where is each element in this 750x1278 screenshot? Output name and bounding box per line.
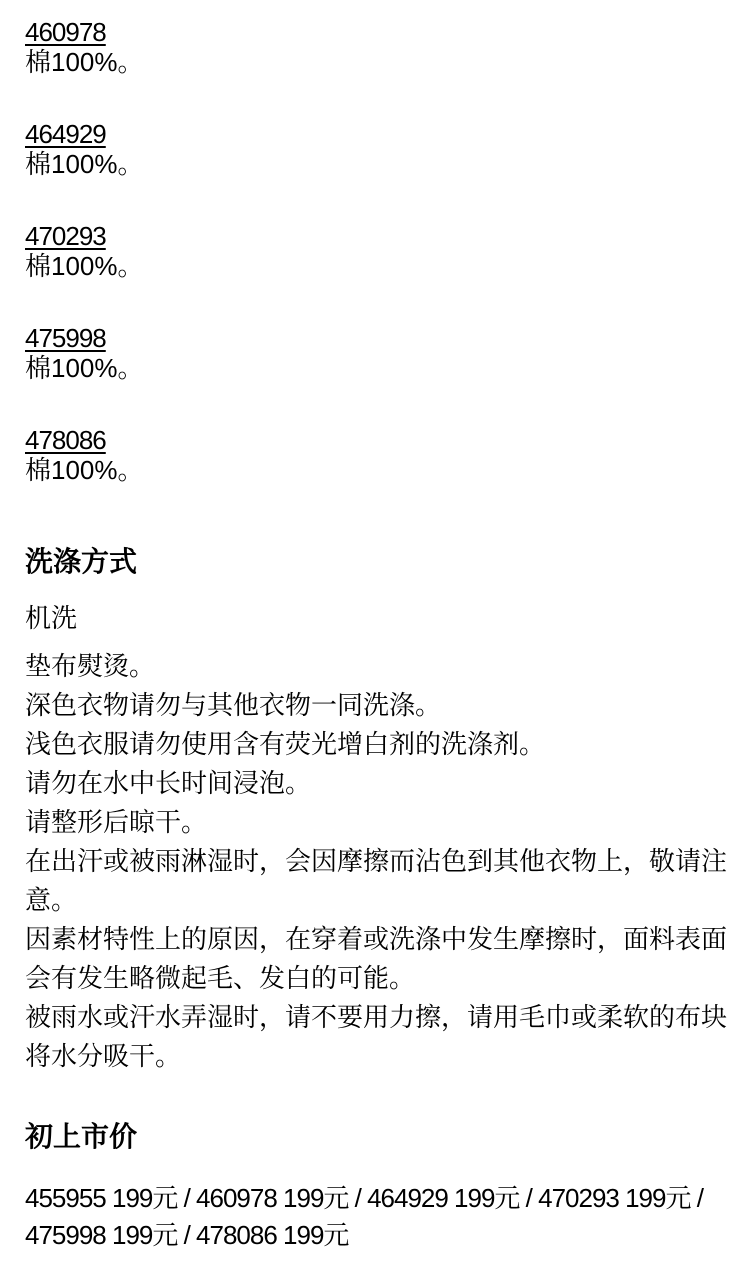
- material-code-link[interactable]: 470293: [25, 221, 106, 251]
- initial-price-line: 455955 199元 / 460978 199元 / 464929 199元 …: [25, 1180, 730, 1254]
- material-composition: 棉100%。: [25, 455, 730, 485]
- washing-instruction: 请勿在水中长时间浸泡。: [25, 764, 730, 803]
- material-code-link[interactable]: 460978: [25, 17, 106, 47]
- washing-method: 机洗: [25, 599, 730, 638]
- material-composition: 棉100%。: [25, 353, 730, 383]
- material-item: 464929 棉100%。: [25, 119, 730, 179]
- material-composition: 棉100%。: [25, 47, 730, 77]
- material-composition: 棉100%。: [25, 149, 730, 179]
- washing-instruction: 被雨水或汗水弄湿时，请不要用力擦，请用毛巾或柔软的布块将水分吸干。: [25, 998, 730, 1076]
- pricing-section: 初上市价 455955 199元 / 460978 199元 / 464929 …: [25, 1120, 730, 1254]
- material-code-link[interactable]: 475998: [25, 323, 106, 353]
- washing-instruction: 垫布熨烫。: [25, 647, 730, 686]
- material-item: 460978 棉100%。: [25, 17, 730, 77]
- washing-instructions: 垫布熨烫。 深色衣物请勿与其他衣物一同洗涤。 浅色衣服请勿使用含有荧光增白剂的洗…: [25, 647, 730, 1076]
- material-item: 470293 棉100%。: [25, 221, 730, 281]
- pricing-section-heading: 初上市价: [25, 1120, 730, 1154]
- washing-section: 洗涤方式 机洗 垫布熨烫。 深色衣物请勿与其他衣物一同洗涤。 浅色衣服请勿使用含…: [25, 545, 730, 1076]
- washing-instruction: 请整形后晾干。: [25, 803, 730, 842]
- material-composition: 棉100%。: [25, 251, 730, 281]
- washing-instruction: 浅色衣服请勿使用含有荧光增白剂的洗涤剂。: [25, 725, 730, 764]
- washing-instruction: 在出汗或被雨淋湿时，会因摩擦而沾色到其他衣物上，敬请注意。: [25, 842, 730, 920]
- materials-section: 460978 棉100%。 464929 棉100%。 470293 棉100%…: [25, 17, 730, 485]
- washing-instruction: 深色衣物请勿与其他衣物一同洗涤。: [25, 686, 730, 725]
- washing-section-heading: 洗涤方式: [25, 545, 730, 579]
- product-detail-page: { "materials": { "items": [ { "code": "4…: [0, 0, 750, 1278]
- material-item: 475998 棉100%。: [25, 323, 730, 383]
- material-item: 478086 棉100%。: [25, 425, 730, 485]
- material-code-link[interactable]: 478086: [25, 425, 106, 455]
- material-code-link[interactable]: 464929: [25, 119, 106, 149]
- washing-instruction: 因素材特性上的原因，在穿着或洗涤中发生摩擦时，面料表面会有发生略微起毛、发白的可…: [25, 920, 730, 998]
